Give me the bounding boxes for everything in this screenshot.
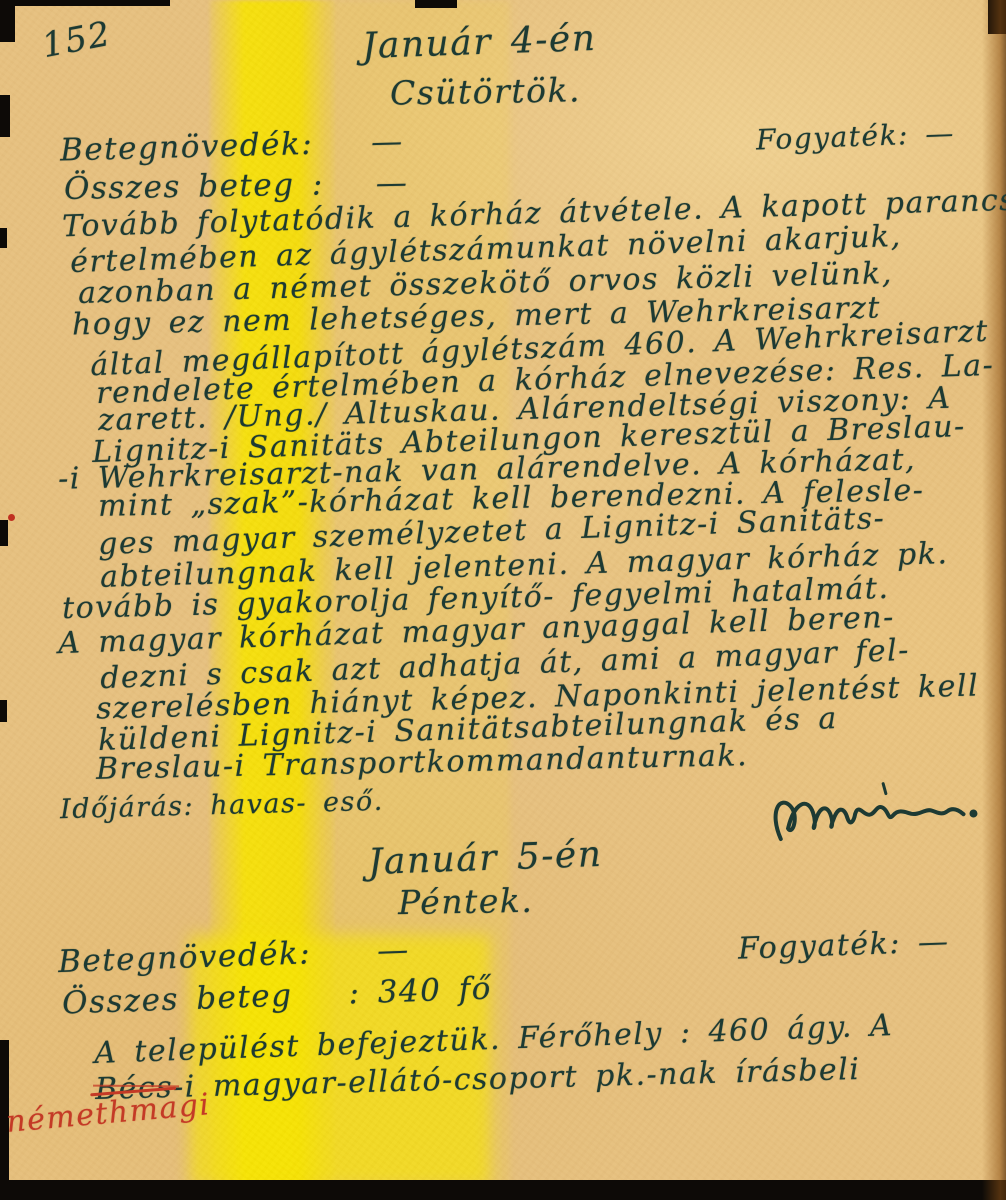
red-speck: [8, 514, 15, 521]
page-number: 152: [39, 14, 115, 67]
entry2-losses: Fogyaték: —: [737, 924, 949, 966]
scan-edge-left-1: [0, 2, 15, 42]
scan-edge-left-2: [0, 95, 10, 137]
entry1-total-patients-label: Összes beteg :: [64, 166, 324, 207]
entry2-total-patients-value: : 340 fő: [348, 971, 493, 1012]
entry2-date: Január 5-én: [367, 834, 603, 883]
scan-edge-right: [982, 0, 1006, 1200]
entry1-patient-increase-value: —: [371, 124, 404, 161]
scan-edge-left-3: [0, 228, 7, 248]
entry1-losses: Fogyaték: —: [755, 117, 955, 157]
entry1-date: Január 4-én: [361, 18, 597, 67]
entry1-patient-increase-label: Betegnövedék:: [60, 126, 314, 169]
entry2-day: Péntek.: [398, 881, 534, 922]
scan-edge-left-5: [0, 700, 7, 722]
diary-page-scan: 152 Január 4-én Csütörtök. Betegnövedék:…: [0, 0, 1006, 1200]
signature-scribble: [762, 762, 997, 858]
entry2-patient-increase-value: —: [376, 932, 410, 969]
scan-edge-left-4: [0, 520, 8, 546]
scan-edge-top-notch: [415, 0, 457, 8]
scan-edge-top-left: [0, 0, 170, 6]
margin-correction-note: némethmagi: [5, 1087, 212, 1140]
entry1-total-patients-value: —: [375, 165, 408, 202]
entry1-day: Csütörtök.: [390, 70, 582, 112]
scan-edge-bottom: [0, 1180, 1006, 1200]
